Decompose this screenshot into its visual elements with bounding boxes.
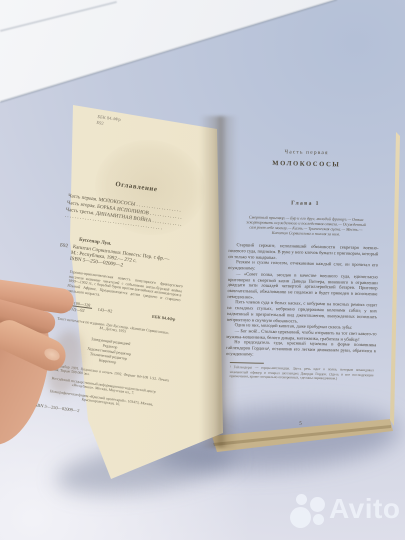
avito-watermark: Avito — [289, 490, 401, 534]
avito-wordmark: Avito — [329, 493, 400, 525]
page-number: 5 — [224, 420, 376, 428]
formula-suffix: 143—92 — [97, 307, 112, 314]
avito-logo-circle — [310, 497, 325, 512]
footnote-rule — [230, 362, 264, 364]
contents-list: Часть первая. МОЛОКОСОСЫ . . . . . . . .… — [64, 193, 199, 237]
part-title: МОЛОКОСОСЫ — [230, 159, 382, 169]
photo-scene: ББК 84.4Фр Б92 Оглавление Часть первая. … — [0, 0, 405, 540]
part-label: Часть первая — [231, 148, 383, 157]
avito-logo-circle — [296, 494, 307, 505]
body-paragraph: Но председатель суда, красивый мужчина в… — [226, 339, 376, 360]
avito-logo-circle — [313, 514, 324, 525]
chapter-heading: Глава 1 — [229, 199, 381, 208]
body-paragraph: — «Совет полка, заседая в качестве военн… — [227, 271, 378, 303]
right-page-content: Часть первая МОЛОКОСОСЫ Глава 1 Смертный… — [224, 136, 383, 431]
catalog-code: Б92 — [60, 242, 69, 249]
avito-logo-circle — [290, 507, 311, 528]
chapter-epigraph: Смертный приговор.— Бур и его друг, моло… — [245, 214, 367, 237]
footnote-text: ¹ Гайлендеры — горцы-шотландцы. Здесь ре… — [229, 365, 373, 381]
library-codes: ББК 84.4Фр Б92 — [96, 114, 213, 141]
bbk-code-bottom: ББК 84.4Фр — [152, 314, 176, 322]
body-paragraph: Пять членов суда в белых касках, с кобур… — [227, 299, 377, 325]
